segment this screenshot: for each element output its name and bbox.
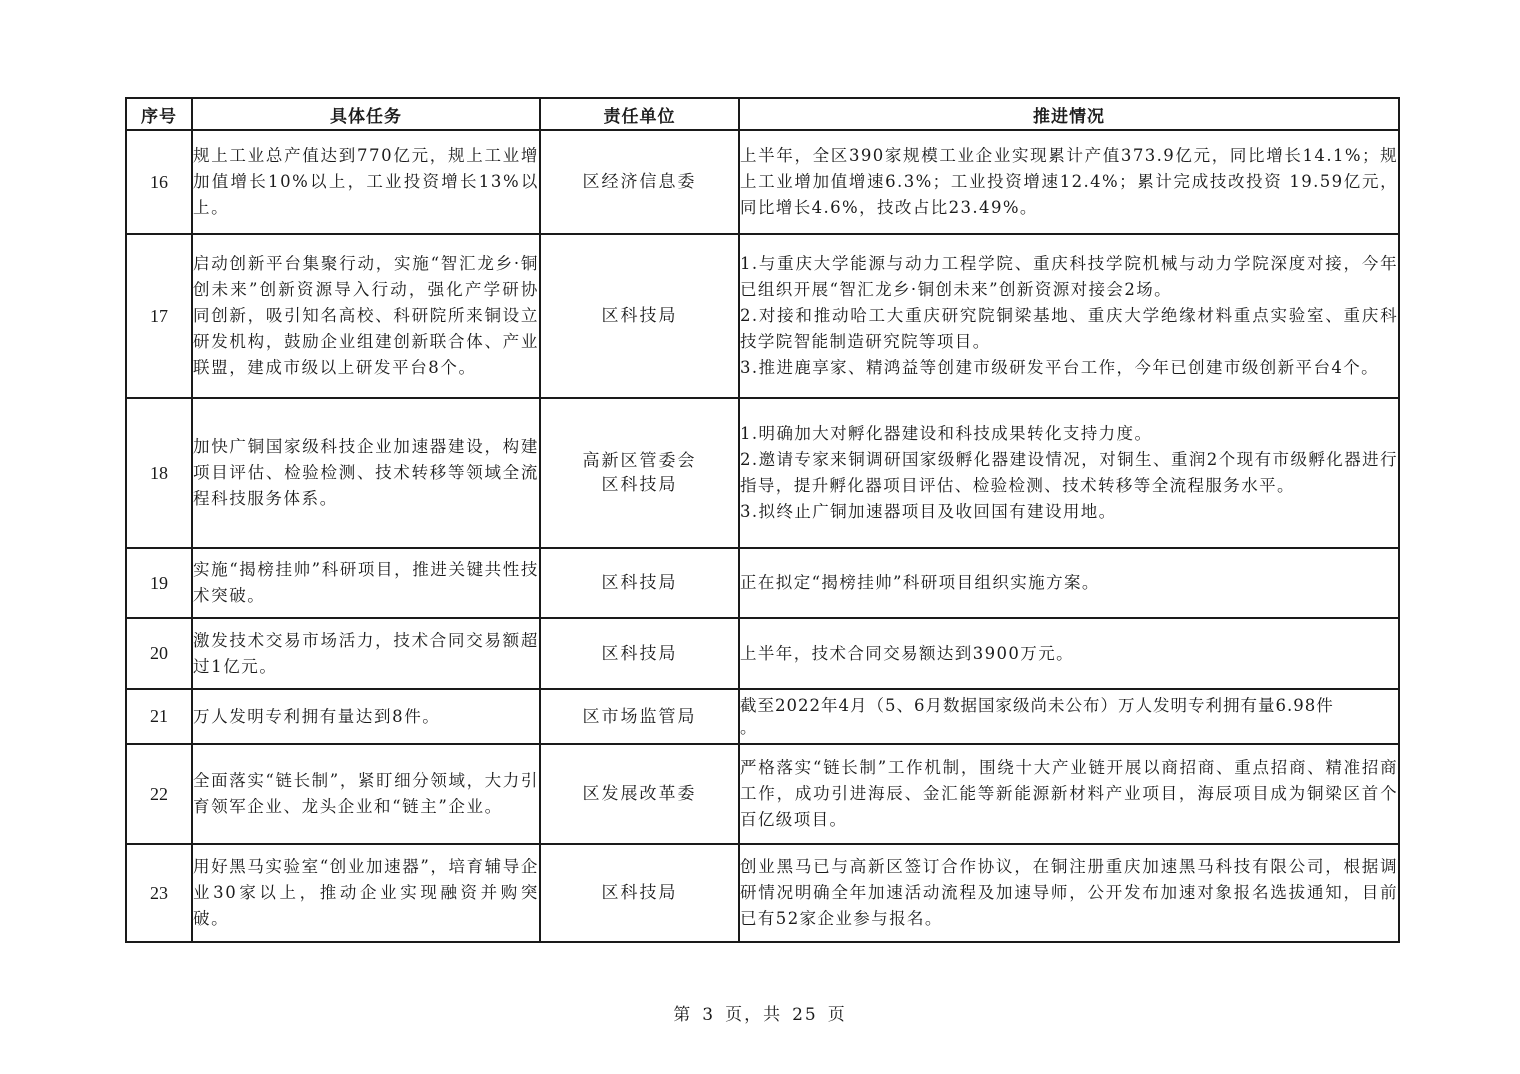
header-progress: 推进情况 xyxy=(739,98,1399,130)
row-number: 21 xyxy=(126,689,192,744)
unit-cell: 区市场监管局 xyxy=(540,689,739,744)
progress-line: 2.邀请专家来铜调研国家级孵化器建设情况，对铜生、重润2个现有市级孵化器进行指导… xyxy=(740,447,1398,499)
table-row: 16 规上工业总产值达到770亿元，规上工业增加值增长10%以上，工业投资增长1… xyxy=(126,130,1399,234)
row-number: 20 xyxy=(126,618,192,689)
progress-line: 。 xyxy=(740,717,1398,739)
unit-cell: 高新区管委会 区科技局 xyxy=(540,398,739,548)
progress-cell: 1.明确加大对孵化器建设和科技成果转化支持力度。 2.邀请专家来铜调研国家级孵化… xyxy=(739,398,1399,548)
table-header-row: 序号 具体任务 责任单位 推进情况 xyxy=(126,98,1399,130)
footer-prefix: 第 xyxy=(673,1005,692,1025)
progress-cell: 截至2022年4月（5、6月数据国家级尚未公布）万人发明专利拥有量6.98件 。 xyxy=(739,689,1399,744)
unit-line: 区科技局 xyxy=(541,304,738,328)
row-number: 22 xyxy=(126,744,192,844)
unit-cell: 区科技局 xyxy=(540,548,739,618)
progress-line: 严格落实“链长制”工作机制，围绕十大产业链开展以商招商、重点招商、精准招商工作，… xyxy=(740,755,1398,833)
row-number: 18 xyxy=(126,398,192,548)
unit-cell: 区发展改革委 xyxy=(540,744,739,844)
page-footer: 第3页，共25页 xyxy=(0,1000,1520,1025)
total-pages-number: 25 xyxy=(792,1005,818,1025)
progress-cell: 上半年，技术合同交易额达到3900万元。 xyxy=(739,618,1399,689)
unit-line: 区发展改革委 xyxy=(541,782,738,806)
progress-cell: 创业黑马已与高新区签订合作协议，在铜注册重庆加速黑马科技有限公司，根据调研情况明… xyxy=(739,844,1399,942)
unit-line: 高新区管委会 xyxy=(541,449,738,473)
header-unit: 责任单位 xyxy=(540,98,739,130)
table-row: 20 激发技术交易市场活力，技术合同交易额超过1亿元。 区科技局 上半年，技术合… xyxy=(126,618,1399,689)
table-row: 22 全面落实“链长制”，紧盯细分领域，大力引育领军企业、龙头企业和“链主”企业… xyxy=(126,744,1399,844)
row-number: 23 xyxy=(126,844,192,942)
task-cell: 启动创新平台集聚行动，实施“智汇龙乡·铜创未来”创新资源导入行动，强化产学研协同… xyxy=(192,234,540,398)
table-row: 17 启动创新平台集聚行动，实施“智汇龙乡·铜创未来”创新资源导入行动，强化产学… xyxy=(126,234,1399,398)
task-progress-table: 序号 具体任务 责任单位 推进情况 16 规上工业总产值达到770亿元，规上工业… xyxy=(125,97,1400,943)
progress-line: 上半年，技术合同交易额达到3900万元。 xyxy=(740,641,1398,667)
unit-cell: 区科技局 xyxy=(540,234,739,398)
progress-line: 3.拟终止广铜加速器项目及收回国有建设用地。 xyxy=(740,499,1398,525)
progress-line: 正在拟定“揭榜挂帅”科研项目组织实施方案。 xyxy=(740,570,1398,596)
unit-line: 区市场监管局 xyxy=(541,705,738,729)
unit-line: 区科技局 xyxy=(541,571,738,595)
progress-cell: 正在拟定“揭榜挂帅”科研项目组织实施方案。 xyxy=(739,548,1399,618)
unit-cell: 区科技局 xyxy=(540,618,739,689)
task-cell: 全面落实“链长制”，紧盯细分领域，大力引育领军企业、龙头企业和“链主”企业。 xyxy=(192,744,540,844)
progress-line: 上半年，全区390家规模工业企业实现累计产值373.9亿元，同比增长14.1%；… xyxy=(740,143,1398,221)
unit-line: 区经济信息委 xyxy=(541,170,738,194)
task-cell: 实施“揭榜挂帅”科研项目，推进关键共性技术突破。 xyxy=(192,548,540,618)
table-row: 18 加快广铜国家级科技企业加速器建设，构建项目评估、检验检测、技术转移等领域全… xyxy=(126,398,1399,548)
unit-line: 区科技局 xyxy=(541,881,738,905)
footer-middle: 页，共 xyxy=(725,1005,782,1025)
progress-cell: 1.与重庆大学能源与动力工程学院、重庆科技学院机械与动力学院深度对接，今年已组织… xyxy=(739,234,1399,398)
table-row: 23 用好黑马实验室“创业加速器”，培育辅导企业30家以上，推动企业实现融资并购… xyxy=(126,844,1399,942)
progress-line: 创业黑马已与高新区签订合作协议，在铜注册重庆加速黑马科技有限公司，根据调研情况明… xyxy=(740,854,1398,932)
progress-line: 1.明确加大对孵化器建设和科技成果转化支持力度。 xyxy=(740,421,1398,447)
unit-line: 区科技局 xyxy=(541,642,738,666)
unit-cell: 区经济信息委 xyxy=(540,130,739,234)
progress-line: 2.对接和推动哈工大重庆研究院铜梁基地、重庆大学绝缘材料重点实验室、重庆科技学院… xyxy=(740,303,1398,355)
header-num: 序号 xyxy=(126,98,192,130)
table-row: 21 万人发明专利拥有量达到8件。 区市场监管局 截至2022年4月（5、6月数… xyxy=(126,689,1399,744)
header-task: 具体任务 xyxy=(192,98,540,130)
task-cell: 激发技术交易市场活力，技术合同交易额超过1亿元。 xyxy=(192,618,540,689)
task-cell: 用好黑马实验室“创业加速器”，培育辅导企业30家以上，推动企业实现融资并购突破。 xyxy=(192,844,540,942)
task-cell: 万人发明专利拥有量达到8件。 xyxy=(192,689,540,744)
task-cell: 加快广铜国家级科技企业加速器建设，构建项目评估、检验检测、技术转移等领域全流程科… xyxy=(192,398,540,548)
progress-line: 3.推进鹿享家、精鸿益等创建市级研发平台工作，今年已创建市级创新平台4个。 xyxy=(740,355,1398,381)
row-number: 16 xyxy=(126,130,192,234)
document-page: 序号 具体任务 责任单位 推进情况 16 规上工业总产值达到770亿元，规上工业… xyxy=(0,0,1520,1074)
progress-line: 截至2022年4月（5、6月数据国家级尚未公布）万人发明专利拥有量6.98件 xyxy=(740,695,1398,717)
footer-suffix: 页 xyxy=(828,1005,847,1025)
progress-cell: 严格落实“链长制”工作机制，围绕十大产业链开展以商招商、重点招商、精准招商工作，… xyxy=(739,744,1399,844)
task-cell: 规上工业总产值达到770亿元，规上工业增加值增长10%以上，工业投资增长13%以… xyxy=(192,130,540,234)
row-number: 17 xyxy=(126,234,192,398)
progress-cell: 上半年，全区390家规模工业企业实现累计产值373.9亿元，同比增长14.1%；… xyxy=(739,130,1399,234)
unit-line: 区科技局 xyxy=(541,473,738,497)
row-number: 19 xyxy=(126,548,192,618)
progress-line: 1.与重庆大学能源与动力工程学院、重庆科技学院机械与动力学院深度对接，今年已组织… xyxy=(740,251,1398,303)
table-row: 19 实施“揭榜挂帅”科研项目，推进关键共性技术突破。 区科技局 正在拟定“揭榜… xyxy=(126,548,1399,618)
current-page-number: 3 xyxy=(702,1005,715,1025)
unit-cell: 区科技局 xyxy=(540,844,739,942)
